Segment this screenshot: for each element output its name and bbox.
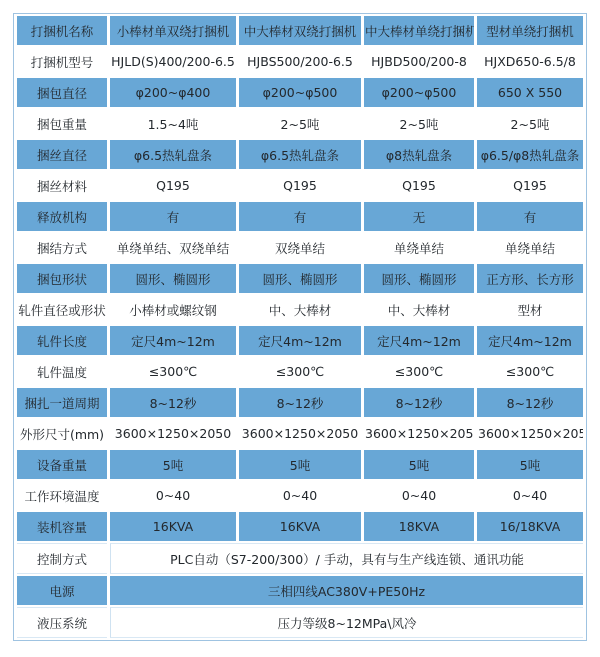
spec-row-label: 装机容量 [17, 512, 107, 541]
spec-value-cell: 18KVA [364, 512, 474, 541]
spec-row-label: 轧件直径或形状 [17, 295, 107, 324]
spec-value-cell: 小棒材或螺纹钢 [110, 295, 236, 324]
spec-value-cell: 圆形、椭圆形 [110, 264, 236, 293]
spec-row-label: 打捆机型号 [17, 47, 107, 76]
spec-row: 捆扎一道周期8~12秒8~12秒8~12秒8~12秒 [17, 388, 583, 417]
spec-value-cell: 定尺4m~12m [364, 326, 474, 355]
column-header-mid-large-bar-single-wrap-baler: 中大棒材单绕打捆机 [364, 16, 474, 45]
spec-row-label: 释放机构 [17, 202, 107, 231]
spec-row: 捆丝材料Q195Q195Q195Q195 [17, 171, 583, 200]
spec-row-label: 捆结方式 [17, 233, 107, 262]
baler-spec-table: 打捆机名称 小棒材单双绕打捆机 中大棒材双绕打捆机 中大棒材单绕打捆机 型材单绕… [14, 14, 586, 640]
spec-value-cell: 5吨 [364, 450, 474, 479]
spec-value-cell: ≤300℃ [110, 357, 236, 386]
spec-row: 工作环境温度0~400~400~400~40 [17, 481, 583, 510]
spec-value-cell: 有 [110, 202, 236, 231]
spec-value-cell: 2~5吨 [239, 109, 361, 138]
spec-row-label: 捆丝材料 [17, 171, 107, 200]
spec-value-cell: 有 [477, 202, 583, 231]
spec-value-cell: HJXD650-6.5/8 [477, 47, 583, 76]
spec-value-cell: φ6.5热轧盘条 [110, 140, 236, 169]
spec-value-cell: 2~5吨 [364, 109, 474, 138]
spec-value-cell: 中、大棒材 [364, 295, 474, 324]
spec-value-cell: 3600×1250×2050 [110, 419, 236, 448]
spec-value-cell: 0~40 [239, 481, 361, 510]
spec-value-cell: 双绕单结 [239, 233, 361, 262]
spec-row-label: 捆丝直径 [17, 140, 107, 169]
spec-row: 捆包形状圆形、椭圆形圆形、椭圆形圆形、椭圆形正方形、长方形 [17, 264, 583, 293]
spec-value-cell: 0~40 [110, 481, 236, 510]
spec-value-cell: 定尺4m~12m [477, 326, 583, 355]
spec-row: 控制方式PLC自动（S7-200/300）/ 手动，具有与生产线连锁、通讯功能 [17, 543, 583, 574]
spec-row-label: 捆包形状 [17, 264, 107, 293]
column-header-profile-baler: 型材单绕打捆机 [477, 16, 583, 45]
spec-row-label: 捆包重量 [17, 109, 107, 138]
spec-value-cell: 16/18KVA [477, 512, 583, 541]
spec-row: 捆丝直径φ6.5热轧盘条φ6.5热轧盘条φ8热轧盘条φ6.5/φ8热轧盘条 [17, 140, 583, 169]
spec-value-cell: 圆形、椭圆形 [239, 264, 361, 293]
spec-value-cell: Q195 [364, 171, 474, 200]
spec-value-cell: φ200~φ500 [364, 78, 474, 107]
spec-row: 外形尺寸(mm)3600×1250×20503600×1250×20503600… [17, 419, 583, 448]
table-header-row: 打捆机名称 小棒材单双绕打捆机 中大棒材双绕打捆机 中大棒材单绕打捆机 型材单绕… [17, 16, 583, 45]
spec-row: 打捆机型号HJLD(S)400/200-6.5HJBS500/200-6.5HJ… [17, 47, 583, 76]
spec-value-cell: 650 X 550 [477, 78, 583, 107]
spec-value-cell: 正方形、长方形 [477, 264, 583, 293]
spec-row: 设备重量5吨5吨5吨5吨 [17, 450, 583, 479]
spec-value-cell: 单绕单结、双绕单结 [110, 233, 236, 262]
spec-row-label: 工作环境温度 [17, 481, 107, 510]
spec-value-cell: 1.5~4吨 [110, 109, 236, 138]
spec-value-cell: 5吨 [110, 450, 236, 479]
spec-row-label: 外形尺寸(mm) [17, 419, 107, 448]
baler-spec-sheet: 打捆机名称 小棒材单双绕打捆机 中大棒材双绕打捆机 中大棒材单绕打捆机 型材单绕… [0, 0, 600, 657]
spec-row: 液压系统压力等级8~12MPa\风冷 [17, 607, 583, 638]
spec-row: 轧件温度≤300℃≤300℃≤300℃≤300℃ [17, 357, 583, 386]
spec-value-cell: 0~40 [364, 481, 474, 510]
spec-value-cell: 3600×1250×2050 [477, 419, 583, 448]
spec-row: 电源三相四线AC380V+PE50Hz [17, 576, 583, 605]
spec-value-cell: HJBS500/200-6.5 [239, 47, 361, 76]
spec-value-cell: 定尺4m~12m [239, 326, 361, 355]
spec-value-cell: φ8热轧盘条 [364, 140, 474, 169]
spec-value-cell: 单绕单结 [364, 233, 474, 262]
spec-value-cell: 3600×1250×2050 [364, 419, 474, 448]
spec-row: 轧件直径或形状小棒材或螺纹钢中、大棒材中、大棒材型材 [17, 295, 583, 324]
header-row-label: 打捆机名称 [17, 16, 107, 45]
spec-row-label: 轧件温度 [17, 357, 107, 386]
spec-value-cell: HJLD(S)400/200-6.5 [110, 47, 236, 76]
spec-value-cell: 3600×1250×2050 [239, 419, 361, 448]
spec-row: 装机容量16KVA16KVA18KVA16/18KVA [17, 512, 583, 541]
spec-value-cell: 0~40 [477, 481, 583, 510]
spec-value-cell: 16KVA [239, 512, 361, 541]
spec-value-cell: 8~12秒 [364, 388, 474, 417]
spec-value-cell: φ200~φ500 [239, 78, 361, 107]
spec-value-cell: φ200~φ400 [110, 78, 236, 107]
spec-value-cell: 8~12秒 [239, 388, 361, 417]
column-header-small-bar-baler: 小棒材单双绕打捆机 [110, 16, 236, 45]
column-header-mid-large-bar-double-wrap-baler: 中大棒材双绕打捆机 [239, 16, 361, 45]
spec-row-label: 电源 [17, 576, 107, 605]
spec-value-cell: φ6.5热轧盘条 [239, 140, 361, 169]
spec-value-cell: 16KVA [110, 512, 236, 541]
spec-table-frame: 打捆机名称 小棒材单双绕打捆机 中大棒材双绕打捆机 中大棒材单绕打捆机 型材单绕… [13, 13, 587, 641]
spec-row: 捆包重量1.5~4吨2~5吨2~5吨2~5吨 [17, 109, 583, 138]
spec-value-cell: ≤300℃ [364, 357, 474, 386]
spec-value-cell: 无 [364, 202, 474, 231]
spec-value-cell: PLC自动（S7-200/300）/ 手动，具有与生产线连锁、通讯功能 [110, 543, 583, 574]
spec-value-cell: 压力等级8~12MPa\风冷 [110, 607, 583, 638]
spec-value-cell: 有 [239, 202, 361, 231]
spec-row: 捆结方式单绕单结、双绕单结双绕单结单绕单结单绕单结 [17, 233, 583, 262]
spec-value-cell: 单绕单结 [477, 233, 583, 262]
spec-value-cell: 5吨 [477, 450, 583, 479]
spec-value-cell: 型材 [477, 295, 583, 324]
spec-value-cell: Q195 [477, 171, 583, 200]
spec-value-cell: φ6.5/φ8热轧盘条 [477, 140, 583, 169]
spec-row-label: 设备重量 [17, 450, 107, 479]
spec-row-label: 捆包直径 [17, 78, 107, 107]
spec-row: 捆包直径φ200~φ400φ200~φ500φ200~φ500650 X 550 [17, 78, 583, 107]
spec-row: 释放机构有有无有 [17, 202, 583, 231]
spec-row-label: 捆扎一道周期 [17, 388, 107, 417]
spec-value-cell: ≤300℃ [477, 357, 583, 386]
spec-value-cell: 2~5吨 [477, 109, 583, 138]
spec-value-cell: HJBD500/200-8 [364, 47, 474, 76]
spec-value-cell: 8~12秒 [477, 388, 583, 417]
spec-row-label: 轧件长度 [17, 326, 107, 355]
spec-value-cell: Q195 [239, 171, 361, 200]
spec-row-label: 液压系统 [17, 607, 107, 638]
spec-value-cell: 5吨 [239, 450, 361, 479]
spec-row: 轧件长度定尺4m~12m定尺4m~12m定尺4m~12m定尺4m~12m [17, 326, 583, 355]
spec-value-cell: ≤300℃ [239, 357, 361, 386]
spec-row-label: 控制方式 [17, 543, 107, 574]
spec-value-cell: 三相四线AC380V+PE50Hz [110, 576, 583, 605]
spec-value-cell: 定尺4m~12m [110, 326, 236, 355]
spec-value-cell: 圆形、椭圆形 [364, 264, 474, 293]
spec-value-cell: 中、大棒材 [239, 295, 361, 324]
spec-value-cell: 8~12秒 [110, 388, 236, 417]
spec-value-cell: Q195 [110, 171, 236, 200]
